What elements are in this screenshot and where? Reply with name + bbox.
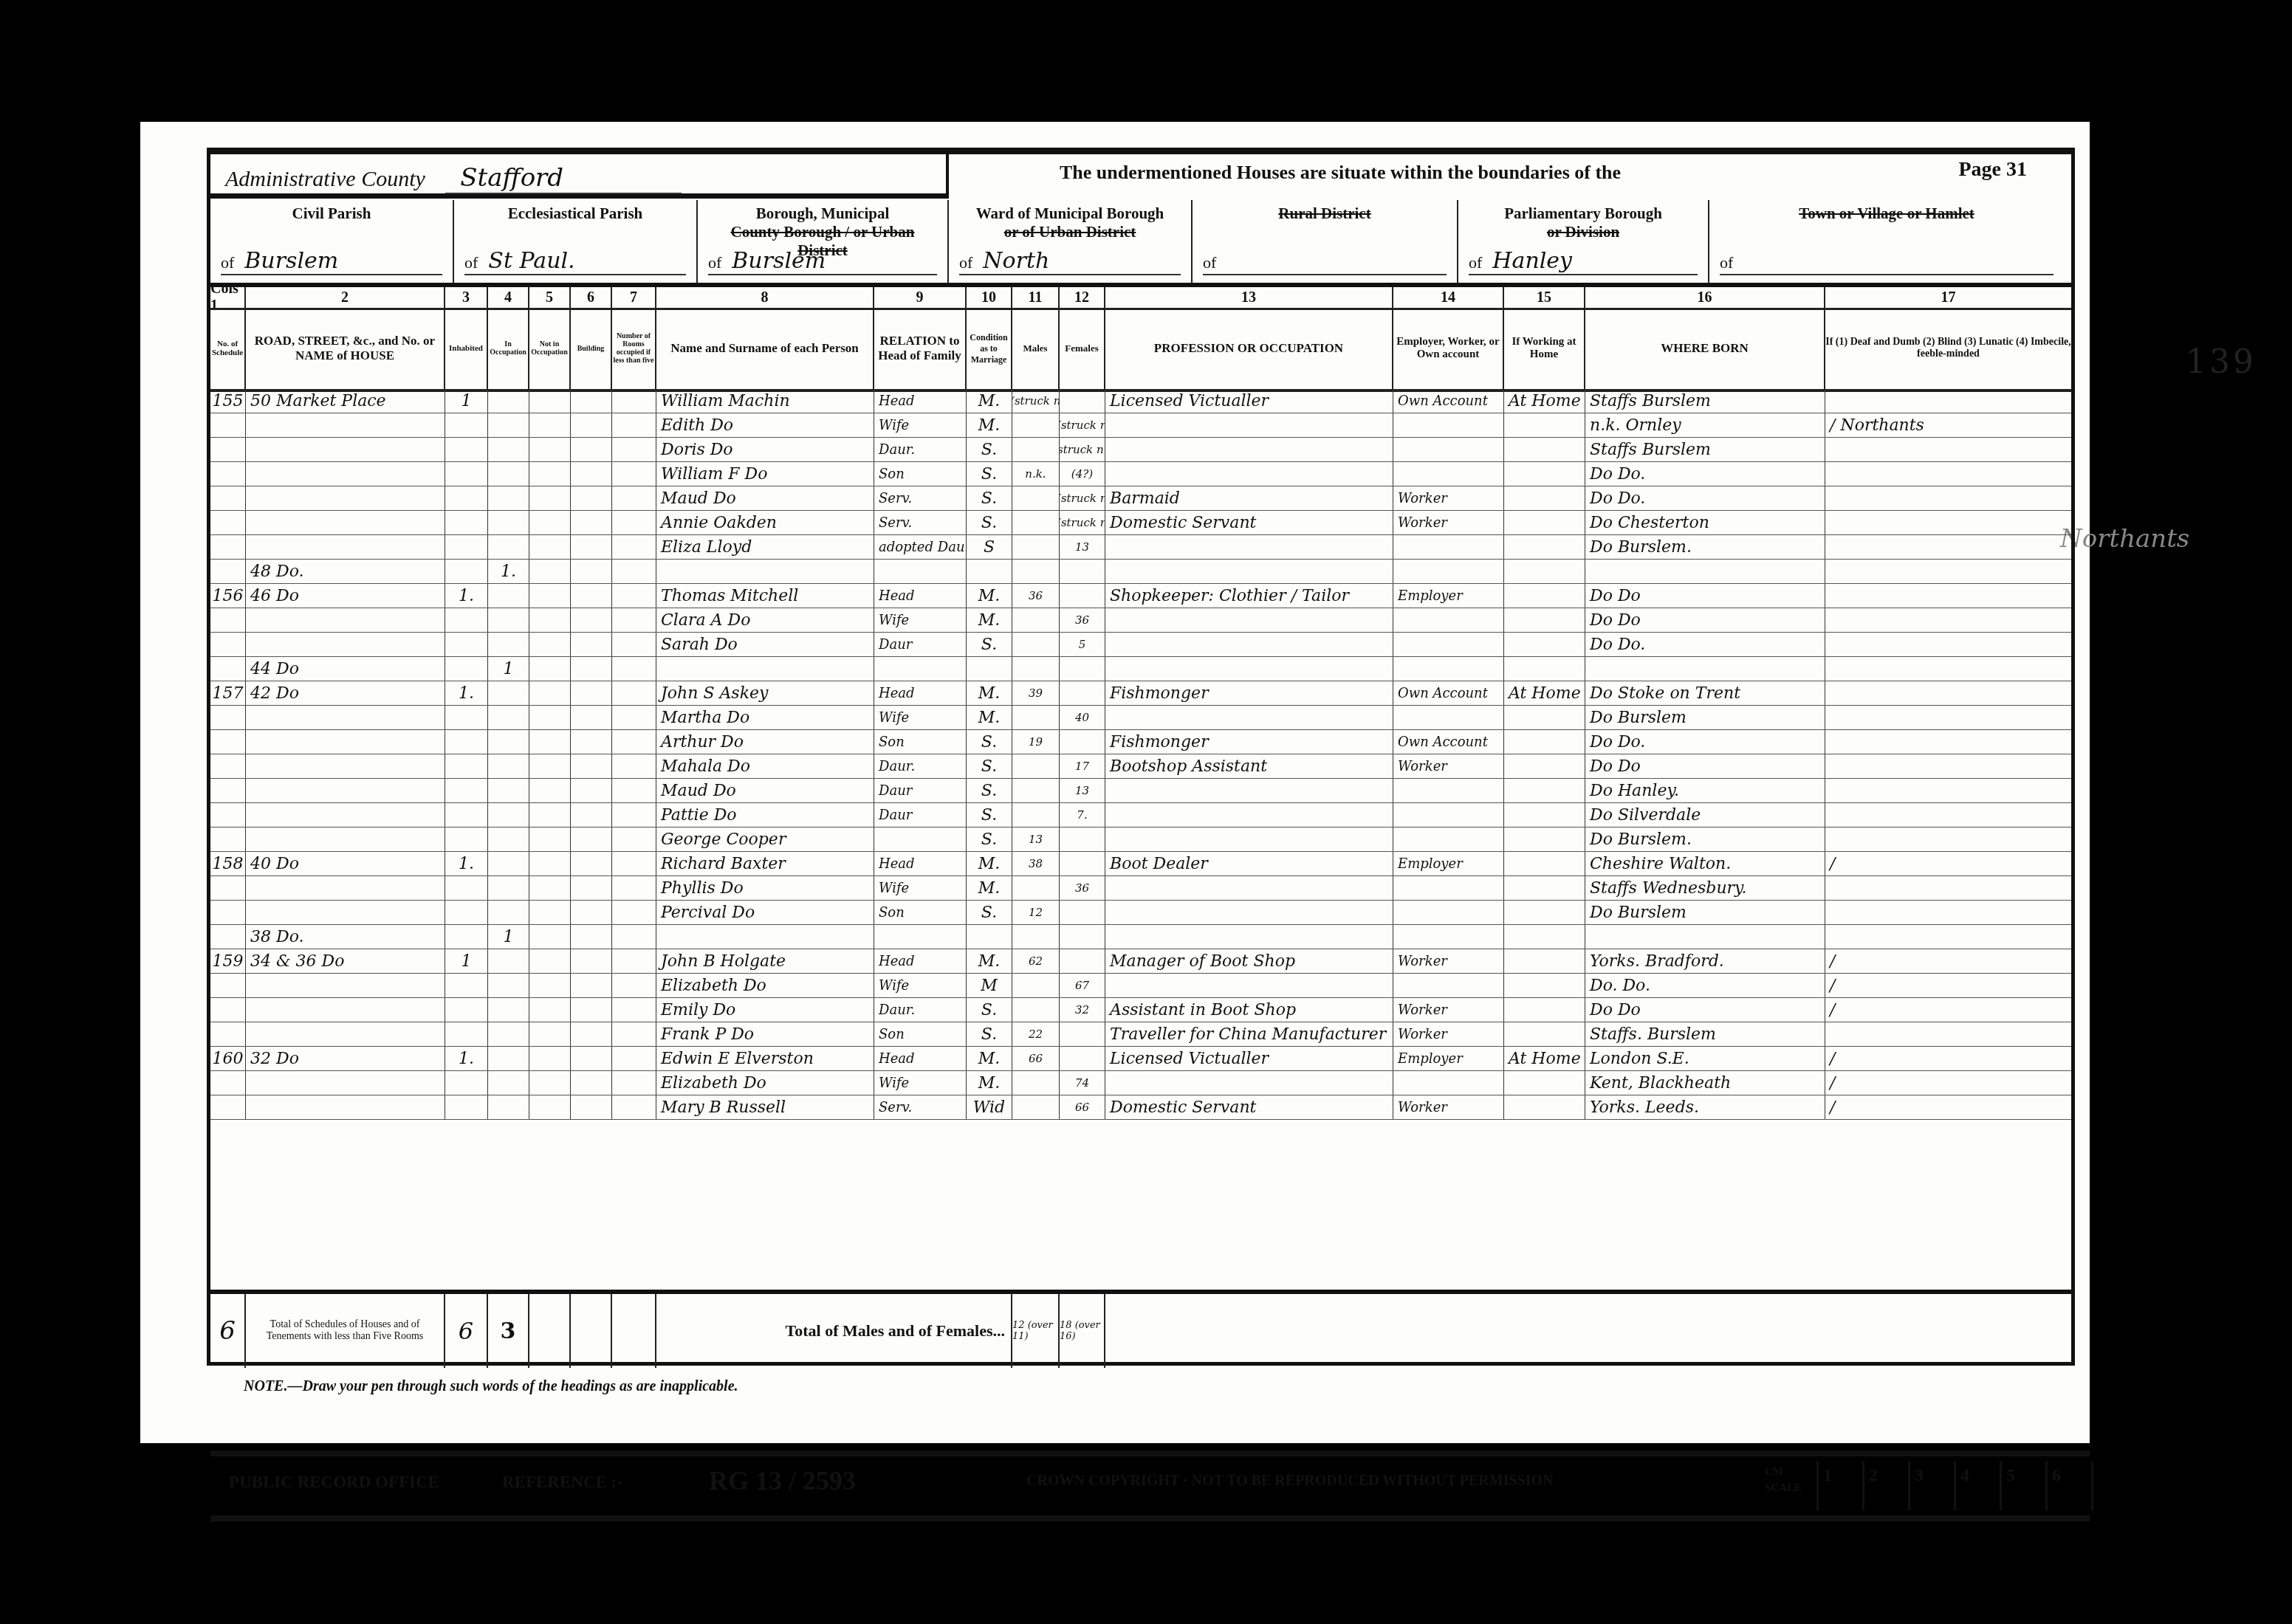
address [246,998,445,1022]
area-value-line: ofNorth [959,248,1181,275]
condition [967,560,1012,583]
inhabited [445,925,488,949]
table-row: William F DoSonS.n.k.(4?)Do Do. [210,462,2071,486]
working-at-home [1504,779,1585,802]
column-number: 5 [529,287,571,308]
admin-county-label: Administrative County [225,167,425,191]
person-name: Eliza Lloyd [656,535,874,559]
working-at-home [1504,901,1585,924]
address [246,438,445,461]
copyright-notice: CROWN COPYRIGHT · NOT TO BE REPRODUCED W… [1026,1473,1553,1490]
address [246,633,445,656]
not-in-occupation [529,681,571,705]
birthplace: Staffs Burslem [1585,389,1825,413]
infirmity [1825,511,2071,534]
address: 46 Do [246,584,445,608]
column-number: 11 [1012,287,1060,308]
total-empty [1105,1294,2071,1368]
age-male: 29 (struck n.k.) [1012,389,1060,413]
not-in-occupation [529,779,571,802]
total-empty [612,1294,656,1368]
condition: S. [967,803,1012,827]
building [571,730,612,754]
area-value-line: of [1203,248,1447,275]
infirmity [1825,608,2071,632]
age-female [1060,852,1105,875]
birthplace: Do. Do. [1585,974,1825,997]
employment-status [1393,1071,1504,1095]
not-in-occupation [529,608,571,632]
employment-status: Own Account [1393,681,1504,705]
birthplace: Do Do. [1585,730,1825,754]
birthplace: Yorks. Bradford. [1585,949,1825,973]
in-occupation [488,535,529,559]
in-occupation [488,413,529,437]
area-struck-label: Rural District [1200,204,1449,223]
working-at-home [1504,657,1585,681]
age-female: 5 [1060,633,1105,656]
in-occupation [488,1095,529,1119]
address [246,754,445,778]
relation [874,925,967,949]
footer-rule [210,1451,2090,1456]
rooms [612,852,656,875]
scale-mark: 4 [1956,1462,2002,1510]
not-in-occupation [529,389,571,413]
total-uninhabited: 3 [488,1294,529,1368]
address: 48 Do. [246,560,445,583]
age-male: 22 [1012,1022,1060,1046]
in-occupation [488,633,529,656]
area-field: Rural Districtof [1193,200,1458,283]
building [571,754,612,778]
occupation: Licensed Victualler [1105,389,1393,413]
occupation: Domestic Servant [1105,1095,1393,1119]
condition: S. [967,633,1012,656]
address [246,974,445,997]
birthplace: Do Do. [1585,486,1825,510]
building [571,901,612,924]
area-field: Borough, MunicipalCounty Borough / or Ur… [698,200,949,283]
birthplace: Do Burslem [1585,901,1825,924]
age-male [1012,413,1060,437]
working-at-home [1504,803,1585,827]
working-at-home [1504,949,1585,973]
birthplace: Do Burslem. [1585,535,1825,559]
table-row: Mary B RussellServ.Wid66Domestic Servant… [210,1095,2071,1120]
condition: S. [967,438,1012,461]
birthplace: Do Do [1585,608,1825,632]
person-name: Maud Do [656,486,874,510]
employment-status [1393,608,1504,632]
building [571,535,612,559]
relation: Son [874,462,967,486]
address: 34 & 36 Do [246,949,445,973]
person-name: Elizabeth Do [656,974,874,997]
occupation: Licensed Victualler [1105,1047,1393,1070]
in-occupation [488,511,529,534]
age-female: 13 [1060,779,1105,802]
condition: M. [967,1071,1012,1095]
rooms [612,828,656,851]
condition: S. [967,754,1012,778]
employment-status [1393,560,1504,583]
in-occupation [488,1071,529,1095]
employment-status [1393,828,1504,851]
table-row: Emily DoDaur.S.32Assistant in Boot ShopW… [210,998,2071,1022]
address [246,608,445,632]
employment-status [1393,974,1504,997]
in-occupation [488,852,529,875]
total-empty [529,1294,571,1368]
building [571,949,612,973]
occupation [1105,560,1393,583]
working-at-home [1504,511,1585,534]
schedule-number: 159 [210,949,246,973]
infirmity [1825,706,2071,729]
in-occupation [488,949,529,973]
rooms [612,633,656,656]
address [246,730,445,754]
condition [967,925,1012,949]
rooms [612,535,656,559]
infirmity [1825,828,2071,851]
not-in-occupation [529,1022,571,1046]
inhabited [445,876,488,900]
table-row: Maud DoDaurS.13Do Hanley. [210,779,2071,803]
inhabited: 1. [445,852,488,875]
birthplace: Do Do [1585,754,1825,778]
building [571,925,612,949]
total-empty [571,1294,612,1368]
not-in-occupation [529,462,571,486]
age-female: 4 (struck n.k.) [1060,438,1105,461]
address: 42 Do [246,681,445,705]
age-female [1060,681,1105,705]
employment-status: Worker [1393,486,1504,510]
scale-mark: 1 [1819,1462,1864,1510]
rooms [612,779,656,802]
birthplace: Do Stoke on Trent [1585,681,1825,705]
age-female: 32 [1060,998,1105,1022]
schedule-number [210,462,246,486]
employment-status: Employer [1393,1047,1504,1070]
age-male [1012,1095,1060,1119]
rooms [612,438,656,461]
infirmity: / [1825,1071,2071,1095]
age-female: 13 [1060,535,1105,559]
infirmity [1825,730,2071,754]
rooms [612,608,656,632]
rooms [612,706,656,729]
inhabited [445,657,488,681]
occupation: Barmaid [1105,486,1393,510]
table-row: 16032 Do1.Edwin E ElverstonHeadM.66Licen… [210,1047,2071,1071]
person-name: Martha Do [656,706,874,729]
column-headers: No. of Schedule ROAD, STREET, &c., and N… [210,308,2071,392]
not-in-occupation [529,998,571,1022]
occupation: Fishmonger [1105,681,1393,705]
infirmity [1825,779,2071,802]
birthplace: Do Do. [1585,462,1825,486]
age-female: 36 [1060,608,1105,632]
age-female: 67 [1060,974,1105,997]
area-label: Ward of Municipal Borough [956,204,1184,223]
rooms [612,876,656,900]
condition: S. [967,511,1012,534]
person-name: John B Holgate [656,949,874,973]
person-name [656,560,874,583]
in-occupation [488,486,529,510]
building [571,803,612,827]
birthplace: Do Do [1585,998,1825,1022]
employment-status: Worker [1393,998,1504,1022]
building [571,413,612,437]
condition: M. [967,706,1012,729]
not-in-occupation [529,511,571,534]
table-row: Sarah DoDaurS.5Do Do. [210,633,2071,657]
table-row: Frank P DoSonS.22Traveller for China Man… [210,1022,2071,1047]
total-males: 12 (over 11) [1012,1294,1060,1368]
scale-mark: 3 [1910,1462,1956,1510]
working-at-home [1504,462,1585,486]
occupation [1105,828,1393,851]
birthplace: Staffs Wednesbury. [1585,876,1825,900]
area-value-line: ofBurslem [221,248,442,275]
in-occupation [488,779,529,802]
infirmity: / Northants [1825,413,2071,437]
rooms [612,1071,656,1095]
birthplace [1585,657,1825,681]
working-at-home [1504,1022,1585,1046]
folio-number: 139 [2186,343,2257,381]
relation: Daur [874,633,967,656]
age-male [1012,657,1060,681]
age-male [1012,560,1060,583]
address [246,1071,445,1095]
schedule-number [210,1022,246,1046]
header-males: Males [1012,308,1060,389]
rooms [612,803,656,827]
schedule-number [210,998,246,1022]
relation: Son [874,1022,967,1046]
working-at-home [1504,876,1585,900]
rooms [612,413,656,437]
column-number: 2 [246,287,445,308]
address [246,462,445,486]
age-female: 17 (struck n.k.) [1060,486,1105,510]
schedule-number [210,901,246,924]
building [571,462,612,486]
rooms [612,754,656,778]
occupation [1105,779,1393,802]
table-row: 15934 & 36 Do1John B HolgateHeadM.62Mana… [210,949,2071,974]
in-occupation [488,974,529,997]
condition: Wid [967,1095,1012,1119]
occupation: Fishmonger [1105,730,1393,754]
not-in-occupation [529,1071,571,1095]
schedule-number [210,486,246,510]
occupation: Traveller for China Manufacturer [1105,1022,1393,1046]
schedule-number: 156 [210,584,246,608]
condition: S. [967,730,1012,754]
header-females: Females [1060,308,1105,389]
area-label: Borough, Municipal [705,204,940,223]
relation: Wife [874,706,967,729]
table-row: 15840 Do1.Richard BaxterHeadM.38Boot Dea… [210,852,2071,876]
table-row: 48 Do.1. [210,560,2071,584]
rooms [612,1047,656,1070]
area-struck-label: or of Urban District [956,223,1184,241]
in-occupation [488,608,529,632]
condition: M. [967,949,1012,973]
infirmity [1825,462,2071,486]
age-male [1012,608,1060,632]
occupation [1105,438,1393,461]
infirmity: / [1825,949,2071,973]
age-female [1060,389,1105,413]
header-condition: Condition as to Marriage [967,308,1012,389]
table-row: Mahala DoDaur.S.17Bootshop AssistantWork… [210,754,2071,779]
condition: S. [967,1022,1012,1046]
in-occupation: 1 [488,657,529,681]
employment-status [1393,876,1504,900]
rooms [612,560,656,583]
employment-status [1393,706,1504,729]
employment-status: Own Account [1393,389,1504,413]
person-name: Mahala Do [656,754,874,778]
address [246,535,445,559]
inhabited: 1 [445,389,488,413]
inhabited [445,438,488,461]
infirmity [1825,1022,2071,1046]
not-in-occupation [529,706,571,729]
building [571,486,612,510]
working-at-home [1504,706,1585,729]
infirmity [1825,633,2071,656]
not-in-occupation [529,438,571,461]
header-inhabited: Inhabited [445,308,488,389]
age-female: 36 [1060,876,1105,900]
age-female: 28 (struck n.k.) [1060,413,1105,437]
rooms [612,1095,656,1119]
inhabited [445,998,488,1022]
rooms [612,584,656,608]
employment-status [1393,633,1504,656]
area-value-line: of [1720,248,2053,275]
area-label: Civil Parish [218,204,445,223]
in-occupation [488,876,529,900]
working-at-home [1504,925,1585,949]
total-inhabited: 6 [445,1294,488,1368]
building [571,974,612,997]
age-female: 23 (struck n.k.) [1060,511,1105,534]
area-fields: Civil ParishofBurslemEcclesiastical Pari… [210,200,2071,287]
rooms [612,511,656,534]
area-value: North [983,248,1049,274]
in-occupation [488,438,529,461]
area-label: Parliamentary Borough [1466,204,1701,223]
table-row: Pattie DoDaurS.7.Do Silverdale [210,803,2071,828]
infirmity [1825,560,2071,583]
header-rooms: Number of Rooms occupied if less than fi… [612,308,656,389]
schedule-number [210,511,246,534]
inhabited [445,1022,488,1046]
age-female [1060,1047,1105,1070]
footer-rule [210,1515,2090,1521]
census-sheet: 139 Northants Administrative County Staf… [140,122,2090,1443]
census-form: Administrative County Stafford The under… [207,148,2075,1366]
birthplace: n.k. Ornley [1585,413,1825,437]
person-name: Frank P Do [656,1022,874,1046]
total-schedules: 6 [210,1294,246,1368]
working-at-home [1504,633,1585,656]
in-occupation [488,901,529,924]
building [571,876,612,900]
boundaries-intro: The undermentioned Houses are situate wi… [1060,162,1621,184]
relation: Daur. [874,998,967,1022]
table-row: Eliza Lloydadopted Daur.S13Do Burslem. [210,535,2071,560]
inhabited [445,730,488,754]
not-in-occupation [529,828,571,851]
header-schedule: No. of Schedule [210,308,246,389]
in-occupation [488,1047,529,1070]
column-number: 4 [488,287,529,308]
cm-scale: 123456 [1816,1462,2093,1510]
rooms [612,657,656,681]
rooms [612,974,656,997]
header-at-home: If Working at Home [1504,308,1585,389]
age-female [1060,901,1105,924]
schedule-number [210,730,246,754]
schedule-number: 158 [210,852,246,875]
schedule-number [210,1071,246,1095]
relation: Son [874,901,967,924]
column-number: 15 [1504,287,1585,308]
inhabited [445,535,488,559]
infirmity: / [1825,974,2071,997]
age-male: 39 [1012,681,1060,705]
schedule-number: 157 [210,681,246,705]
working-at-home [1504,535,1585,559]
in-occupation [488,706,529,729]
inhabited [445,486,488,510]
working-at-home [1504,974,1585,997]
occupation [1105,706,1393,729]
inhabited [445,901,488,924]
age-male [1012,998,1060,1022]
infirmity [1825,657,2071,681]
not-in-occupation [529,754,571,778]
address [246,511,445,534]
in-occupation [488,998,529,1022]
age-male: 62 [1012,949,1060,973]
schedule-number [210,754,246,778]
in-occupation [488,584,529,608]
not-in-occupation [529,535,571,559]
building [571,681,612,705]
working-at-home: At Home [1504,1047,1585,1070]
building [571,608,612,632]
occupation: Assistant in Boot Shop [1105,998,1393,1022]
in-occupation: 1 [488,925,529,949]
age-male [1012,633,1060,656]
building [571,389,612,413]
area-value: Burslem [732,248,826,274]
relation: Son [874,730,967,754]
column-number: 16 [1585,287,1825,308]
relation: Head [874,584,967,608]
